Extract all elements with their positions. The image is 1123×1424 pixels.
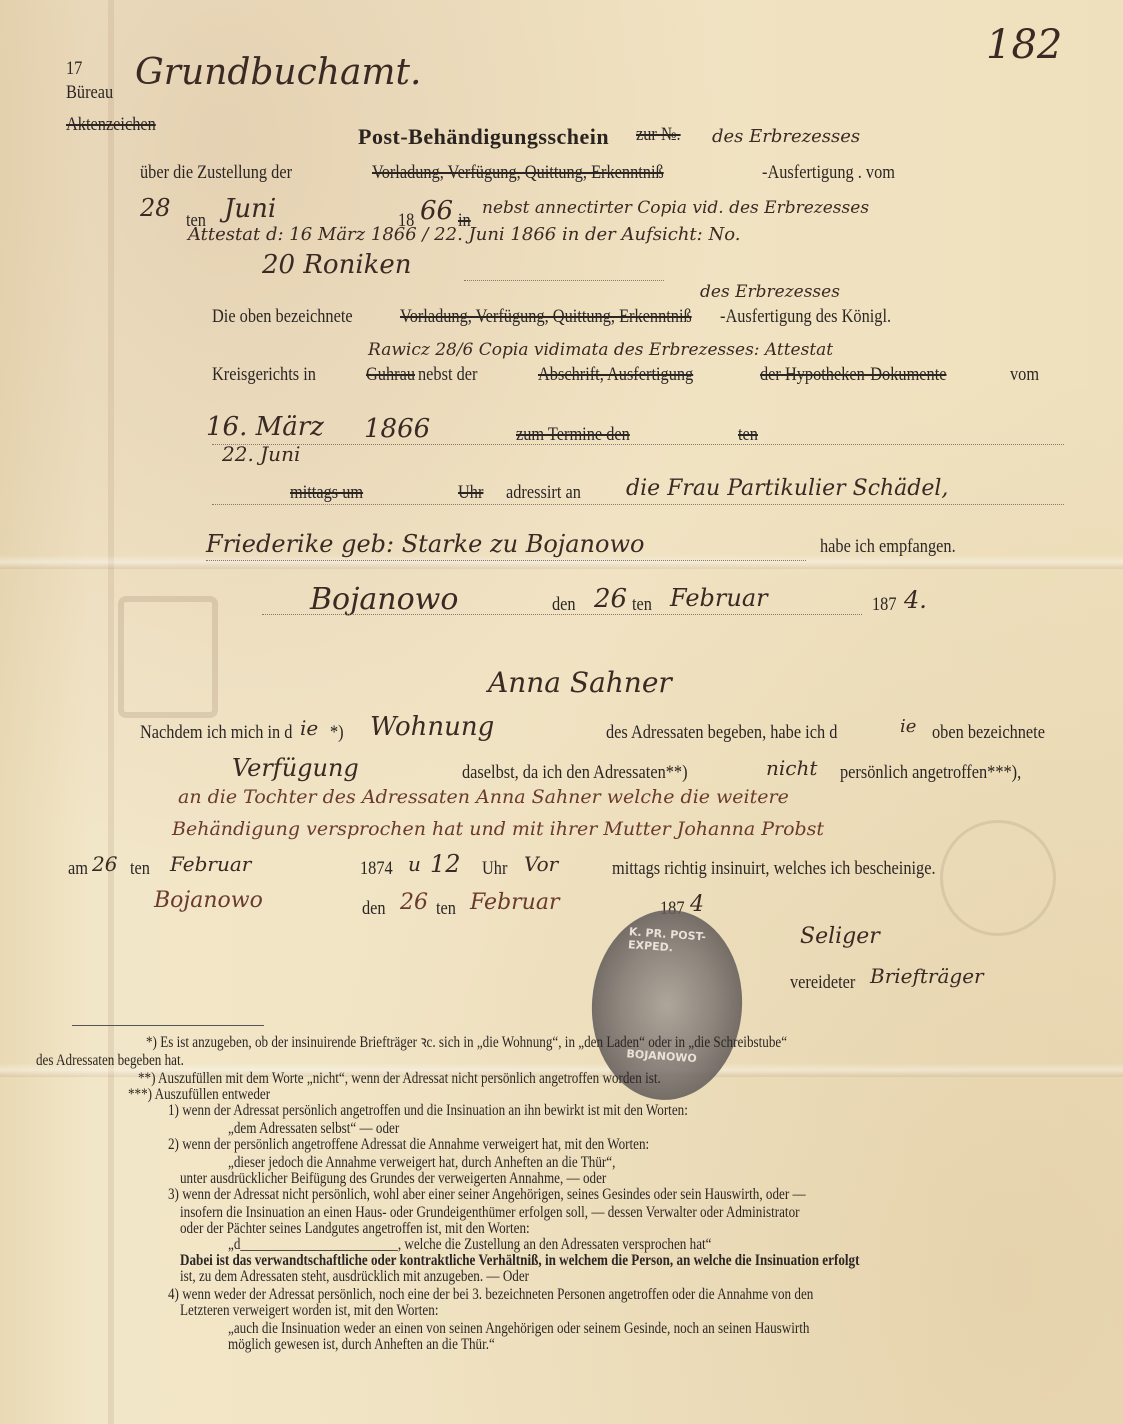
footnote-1b: des Adressaten begeben hat. <box>36 1052 184 1070</box>
body-l5-hour: 12 <box>430 850 461 878</box>
line7-year: 1866 <box>364 414 430 444</box>
line2-hand-rest: nebst annectirter Copia vid. des Erbreze… <box>482 198 869 218</box>
body-l1-place: Wohnung <box>370 712 494 742</box>
body-l1-star: *) <box>330 722 344 744</box>
body-l3-hand: an die Tochter des Adressaten Anna Sahne… <box>178 786 789 808</box>
line7-struck-ten: ten <box>738 424 758 446</box>
bureau-number: 17 <box>66 58 82 80</box>
vereideter-label: vereideter <box>790 972 855 994</box>
line1-suffix: -Ausfertigung . vom <box>762 162 895 184</box>
body-l1-suffix: oben bezeichnete <box>932 722 1045 744</box>
line5-struck: Vorladung, Verfügung, Quittung, Erkenntn… <box>400 306 692 328</box>
body-l2-hand: Verfügung <box>232 754 359 782</box>
aktenzeichen-label: Aktenzeichen <box>66 114 156 136</box>
footnote-1: *) Es ist anzugeben, ob der insinuirende… <box>146 1030 787 1052</box>
footnote-rule <box>72 1025 264 1026</box>
line10-year-print: 187 <box>872 594 897 616</box>
body-l1-article2: ie <box>900 716 916 737</box>
line5-prefix: Die oben bezeichnete <box>212 306 353 328</box>
body-l5-um: u <box>408 852 421 876</box>
line9-print: habe ich empfangen. <box>820 536 956 558</box>
body-l5-ten: ten <box>130 858 150 880</box>
closing-month: Februar <box>470 890 559 915</box>
instruction-4b: Letzteren verweigert worden ist, mit den… <box>180 1302 438 1320</box>
line8-hand: die Frau Partikulier Schädel, <box>626 476 948 501</box>
line3-hand: Attestat d: 16 März 1866 / 22. Juni 1866… <box>188 224 740 245</box>
line6-struck-place: Guhrau <box>366 364 415 386</box>
line4-rule <box>464 280 664 281</box>
faded-circular-stamp <box>940 820 1056 936</box>
instruction-1: 1) wenn der Adressat persönlich angetrof… <box>168 1102 688 1120</box>
body-l1-mid: des Adressaten begeben, habe ich d <box>606 722 837 744</box>
body-l5-suffix: mittags richtig insinuirt, welches ich b… <box>612 858 936 880</box>
line10-month: Februar <box>670 584 768 612</box>
line2-month: Juni <box>224 194 276 224</box>
closing-ten: ten <box>436 898 456 920</box>
line7-date1: 16. März <box>206 412 324 442</box>
line2-day: 28 <box>140 194 171 222</box>
body-l4-hand: Behändigung versprochen hat und mit ihre… <box>172 818 824 840</box>
line5-hand-insert: des Erbrezesses <box>700 282 840 302</box>
line6-prefix: Kreisgerichts in <box>212 364 316 386</box>
closing-den: den <box>362 898 386 920</box>
instruction-4-quote2: möglich gewesen ist, durch Anheften an d… <box>228 1336 495 1354</box>
line9-rule <box>206 560 806 561</box>
closing-year-hand: 4 <box>690 892 704 917</box>
instruction-2: 2) wenn der persönlich angetroffene Adre… <box>168 1136 649 1154</box>
line8-struck-mittags: mittags um <box>290 482 363 504</box>
line7-date2: 22. Juni <box>222 442 300 466</box>
closing-day: 26 <box>400 890 428 915</box>
bureau-handwritten: Grundbuchamt. <box>135 52 421 93</box>
line6-struck-hyp: der Hypotheken-Dokumente <box>760 364 946 386</box>
title-handwritten-insert: des Erbrezesses <box>712 126 860 147</box>
line4-hand: 20 Roniken <box>262 250 412 280</box>
body-l2-nicht: nicht <box>766 756 817 780</box>
line10-place: Bojanowo <box>310 582 458 617</box>
line6-suffix: vom <box>1010 364 1039 386</box>
body-l1-prefix: Nachdem ich mich in d <box>140 722 292 744</box>
line10-year-hand: 4. <box>904 586 927 614</box>
line10-rule <box>262 614 862 615</box>
instruction-3: 3) wenn der Adressat nicht persönlich, w… <box>168 1186 806 1204</box>
body-l5-year: 1874 <box>360 858 393 880</box>
recipient-signature: Anna Sahner <box>488 666 672 699</box>
line1-struck: Vorladung, Verfügung, Quittung, Erkenntn… <box>372 162 664 184</box>
line8-rule <box>212 504 1064 505</box>
line8-print: adressirt an <box>506 482 581 504</box>
body-l5-day: 26 <box>92 852 117 876</box>
line6-struck-docs: Abschrift, Ausfertigung <box>538 364 693 386</box>
line9-hand: Friederike geb: Starke zu Bojanowo <box>206 530 644 558</box>
line7-struck-termin: zum Termine den <box>516 424 630 446</box>
body-l2-suffix: persönlich angetroffen***), <box>840 762 1021 784</box>
instruction-3e: ist, zu dem Adressaten steht, ausdrückli… <box>180 1268 529 1286</box>
faded-stamp <box>118 596 218 718</box>
line10-den: den <box>552 594 576 616</box>
page-number: 182 <box>986 22 1062 68</box>
line5-suffix: -Ausfertigung des Königl. <box>720 306 891 328</box>
body-l5-uhr: Uhr <box>482 858 507 880</box>
line1-prefix: über die Zustellung der <box>140 162 292 184</box>
line10-ten: ten <box>632 594 652 616</box>
paper-fold-vertical <box>108 0 114 1424</box>
line2-year-hand: 66 <box>420 196 453 226</box>
line8-struck-uhr: Uhr <box>458 482 483 504</box>
bureau-label: Büreau <box>66 82 113 104</box>
line10-day: 26 <box>594 584 627 614</box>
postman-title: Briefträger <box>870 964 984 988</box>
body-l2-mid: daselbst, da ich den Adressaten**) <box>462 762 688 784</box>
body-l5-month: Februar <box>170 852 251 876</box>
line6-middle: nebst der <box>418 364 477 386</box>
closing-place: Bojanowo <box>154 888 263 913</box>
document-title: Post-Behändigungsschein <box>358 124 609 150</box>
body-l5-am: am <box>68 858 88 880</box>
line6-hand-insert: Rawicz 28/6 Copia vidimata des Erbrezess… <box>368 340 833 360</box>
title-struck-number: zur №. <box>636 124 681 146</box>
body-l5-vor: Vor <box>524 852 558 876</box>
body-l1-article: ie <box>300 716 318 740</box>
postman-signature: Seliger <box>800 924 880 949</box>
line7-rule <box>212 444 1064 445</box>
